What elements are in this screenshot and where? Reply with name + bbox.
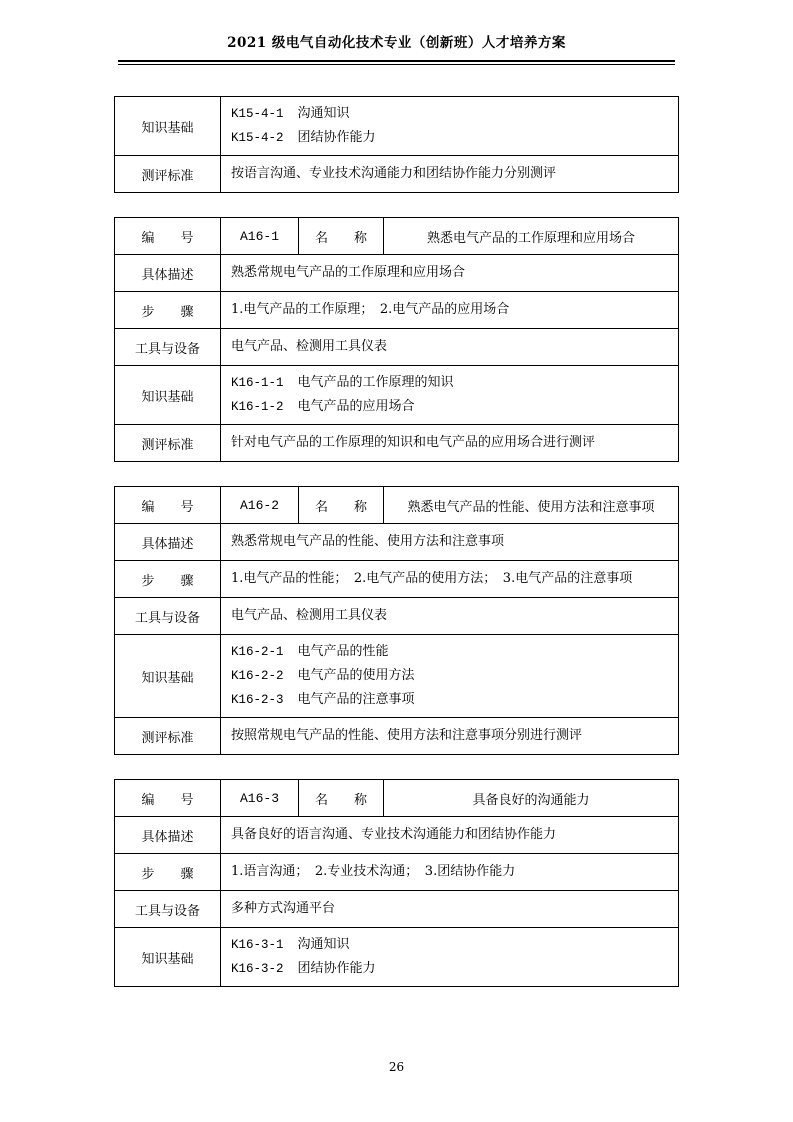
task-code: A16-3 [221, 780, 299, 817]
content-line: 按语言沟通、专业技术沟通能力和团结协作能力分别测评 [231, 162, 670, 186]
row-label: 知识基础 [115, 97, 221, 156]
line-text: 电气产品的使用方法 [298, 668, 415, 683]
page-footer: 26 [0, 1060, 793, 1074]
table-row: 工具与设备电气产品、检测用工具仪表 [115, 329, 679, 366]
line-text: 电气产品、检测用工具仪表 [231, 608, 387, 623]
content-line: K16-2-2电气产品的使用方法 [231, 664, 670, 688]
table-row: 测评标准按语言沟通、专业技术沟通能力和团结协作能力分别测评 [115, 156, 679, 193]
row-content: K16-1-1电气产品的工作原理的知识K16-1-2电气产品的应用场合 [221, 366, 679, 425]
row-content: 按照常规电气产品的性能、使用方法和注意事项分别进行测评 [221, 718, 679, 755]
row-content: K15-4-1沟通知识K15-4-2团结协作能力 [221, 97, 679, 156]
line-text: 沟通知识 [298, 106, 350, 121]
line-text: 针对电气产品的工作原理的知识和电气产品的应用场合进行测评 [231, 435, 595, 450]
name-label: 名 称 [299, 780, 384, 817]
code-label: 编 号 [115, 218, 221, 255]
table-row: 具体描述熟悉常规电气产品的工作原理和应用场合 [115, 255, 679, 292]
knowledge-code: K16-2-3 [231, 693, 284, 707]
task-table-A16-2: 编 号A16-2名 称熟悉电气产品的性能、使用方法和注意事项具体描述熟悉常规电气… [114, 486, 679, 755]
row-label: 具体描述 [115, 524, 221, 561]
task-name: 具备良好的沟通能力 [384, 780, 679, 817]
task-name: 熟悉电气产品的性能、使用方法和注意事项 [384, 487, 679, 524]
row-content: 具备良好的语言沟通、专业技术沟通能力和团结协作能力 [221, 817, 679, 854]
row-label: 知识基础 [115, 366, 221, 425]
knowledge-code: K15-4-2 [231, 131, 284, 145]
table-row: 具体描述熟悉常规电气产品的性能、使用方法和注意事项 [115, 524, 679, 561]
content-line: K16-2-3电气产品的注意事项 [231, 688, 670, 712]
table-row: 具体描述具备良好的语言沟通、专业技术沟通能力和团结协作能力 [115, 817, 679, 854]
content-line: K16-3-1沟通知识 [231, 933, 670, 957]
line-text: 电气产品的注意事项 [298, 692, 415, 707]
row-label: 知识基础 [115, 928, 221, 987]
row-content: 按语言沟通、专业技术沟通能力和团结协作能力分别测评 [221, 156, 679, 193]
table-row: 工具与设备电气产品、检测用工具仪表 [115, 598, 679, 635]
line-text: 电气产品的应用场合 [298, 399, 415, 414]
content-line: 针对电气产品的工作原理的知识和电气产品的应用场合进行测评 [231, 431, 670, 455]
knowledge-code: K16-1-2 [231, 400, 284, 414]
content-line: K16-3-2团结协作能力 [231, 957, 670, 981]
row-content: 电气产品、检测用工具仪表 [221, 598, 679, 635]
code-name-row: 编 号A16-3名 称具备良好的沟通能力 [115, 780, 679, 817]
code-name-row: 编 号A16-2名 称熟悉电气产品的性能、使用方法和注意事项 [115, 487, 679, 524]
row-label: 步 骤 [115, 561, 221, 598]
table-row: 知识基础K16-2-1电气产品的性能K16-2-2电气产品的使用方法K16-2-… [115, 635, 679, 718]
row-label: 测评标准 [115, 425, 221, 462]
line-text: 沟通知识 [298, 937, 350, 952]
row-content: 电气产品、检测用工具仪表 [221, 329, 679, 366]
page-title: 2021 级电气自动化技术专业（创新班）人才培养方案 [0, 34, 793, 53]
row-label: 知识基础 [115, 635, 221, 718]
knowledge-code: K16-1-1 [231, 376, 284, 390]
line-text: 1.电气产品的工作原理； 2.电气产品的应用场合 [231, 302, 509, 317]
knowledge-code: K16-3-2 [231, 962, 284, 976]
line-text: 具备良好的语言沟通、专业技术沟通能力和团结协作能力 [231, 827, 556, 842]
line-text: 团结协作能力 [298, 961, 376, 976]
line-text: 电气产品的性能 [298, 644, 389, 659]
content-line: 1.电气产品的性能； 2.电气产品的使用方法； 3.电气产品的注意事项 [231, 567, 670, 591]
table-row: 知识基础K15-4-1沟通知识K15-4-2团结协作能力 [115, 97, 679, 156]
content-line: 具备良好的语言沟通、专业技术沟通能力和团结协作能力 [231, 823, 670, 847]
task-code: A16-1 [221, 218, 299, 255]
content-line: 电气产品、检测用工具仪表 [231, 604, 670, 628]
document-header: 2021 级电气自动化技术专业（创新班）人才培养方案 [0, 0, 793, 65]
knowledge-code: K16-3-1 [231, 938, 284, 952]
row-label: 测评标准 [115, 718, 221, 755]
row-label: 工具与设备 [115, 891, 221, 928]
content-line: 多种方式沟通平台 [231, 897, 670, 921]
task-code: A16-2 [221, 487, 299, 524]
row-content: 针对电气产品的工作原理的知识和电气产品的应用场合进行测评 [221, 425, 679, 462]
name-label: 名 称 [299, 487, 384, 524]
content-line: K16-1-2电气产品的应用场合 [231, 395, 670, 419]
task-name: 熟悉电气产品的工作原理和应用场合 [384, 218, 679, 255]
content-line: K15-4-2团结协作能力 [231, 126, 670, 150]
row-label: 工具与设备 [115, 329, 221, 366]
name-label: 名 称 [299, 218, 384, 255]
page-number: 26 [389, 1060, 404, 1074]
line-text: 电气产品、检测用工具仪表 [231, 339, 387, 354]
task-table-A16-1: 编 号A16-1名 称熟悉电气产品的工作原理和应用场合具体描述熟悉常规电气产品的… [114, 217, 679, 462]
row-content: 熟悉常规电气产品的性能、使用方法和注意事项 [221, 524, 679, 561]
content-line: 按照常规电气产品的性能、使用方法和注意事项分别进行测评 [231, 724, 670, 748]
row-content: 多种方式沟通平台 [221, 891, 679, 928]
content-line: 熟悉常规电气产品的性能、使用方法和注意事项 [231, 530, 670, 554]
table-row: 步 骤1.语言沟通； 2.专业技术沟通； 3.团结协作能力 [115, 854, 679, 891]
code-label: 编 号 [115, 780, 221, 817]
content-line: 1.电气产品的工作原理； 2.电气产品的应用场合 [231, 298, 670, 322]
line-text: 团结协作能力 [298, 130, 376, 145]
content-line: K16-2-1电气产品的性能 [231, 640, 670, 664]
knowledge-code: K15-4-1 [231, 107, 284, 121]
row-label: 具体描述 [115, 255, 221, 292]
table-row: 步 骤1.电气产品的工作原理； 2.电气产品的应用场合 [115, 292, 679, 329]
table-row: 测评标准针对电气产品的工作原理的知识和电气产品的应用场合进行测评 [115, 425, 679, 462]
line-text: 熟悉常规电气产品的工作原理和应用场合 [231, 265, 465, 280]
row-content: 1.电气产品的性能； 2.电气产品的使用方法； 3.电气产品的注意事项 [221, 561, 679, 598]
line-text: 熟悉常规电气产品的性能、使用方法和注意事项 [231, 534, 504, 549]
table-row: 工具与设备多种方式沟通平台 [115, 891, 679, 928]
row-label: 具体描述 [115, 817, 221, 854]
knowledge-eval-table-K15-4: 知识基础K15-4-1沟通知识K15-4-2团结协作能力测评标准按语言沟通、专业… [114, 96, 679, 193]
row-label: 测评标准 [115, 156, 221, 193]
code-name-row: 编 号A16-1名 称熟悉电气产品的工作原理和应用场合 [115, 218, 679, 255]
table-row: 步 骤1.电气产品的性能； 2.电气产品的使用方法； 3.电气产品的注意事项 [115, 561, 679, 598]
knowledge-code: K16-2-2 [231, 669, 284, 683]
knowledge-code: K16-2-1 [231, 645, 284, 659]
line-text: 1.电气产品的性能； 2.电气产品的使用方法； 3.电气产品的注意事项 [231, 571, 632, 586]
row-label: 工具与设备 [115, 598, 221, 635]
table-row: 知识基础K16-1-1电气产品的工作原理的知识K16-1-2电气产品的应用场合 [115, 366, 679, 425]
line-text: 按照常规电气产品的性能、使用方法和注意事项分别进行测评 [231, 728, 582, 743]
tables-container: 知识基础K15-4-1沟通知识K15-4-2团结协作能力测评标准按语言沟通、专业… [0, 65, 793, 987]
line-text: 电气产品的工作原理的知识 [298, 375, 454, 390]
content-line: K15-4-1沟通知识 [231, 102, 670, 126]
row-content: K16-3-1沟通知识K16-3-2团结协作能力 [221, 928, 679, 987]
content-line: 电气产品、检测用工具仪表 [231, 335, 670, 359]
content-line: 熟悉常规电气产品的工作原理和应用场合 [231, 261, 670, 285]
row-content: 1.电气产品的工作原理； 2.电气产品的应用场合 [221, 292, 679, 329]
row-content: K16-2-1电气产品的性能K16-2-2电气产品的使用方法K16-2-3电气产… [221, 635, 679, 718]
row-label: 步 骤 [115, 292, 221, 329]
row-label: 步 骤 [115, 854, 221, 891]
table-row: 知识基础K16-3-1沟通知识K16-3-2团结协作能力 [115, 928, 679, 987]
content-line: 1.语言沟通； 2.专业技术沟通； 3.团结协作能力 [231, 860, 670, 884]
code-label: 编 号 [115, 487, 221, 524]
document-page: 2021 级电气自动化技术专业（创新班）人才培养方案 知识基础K15-4-1沟通… [0, 0, 793, 1122]
line-text: 按语言沟通、专业技术沟通能力和团结协作能力分别测评 [231, 166, 556, 181]
table-row: 测评标准按照常规电气产品的性能、使用方法和注意事项分别进行测评 [115, 718, 679, 755]
content-line: K16-1-1电气产品的工作原理的知识 [231, 371, 670, 395]
row-content: 熟悉常规电气产品的工作原理和应用场合 [221, 255, 679, 292]
line-text: 多种方式沟通平台 [231, 901, 335, 916]
row-content: 1.语言沟通； 2.专业技术沟通； 3.团结协作能力 [221, 854, 679, 891]
line-text: 1.语言沟通； 2.专业技术沟通； 3.团结协作能力 [231, 864, 515, 879]
task-table-A16-3: 编 号A16-3名 称具备良好的沟通能力具体描述具备良好的语言沟通、专业技术沟通… [114, 779, 679, 987]
